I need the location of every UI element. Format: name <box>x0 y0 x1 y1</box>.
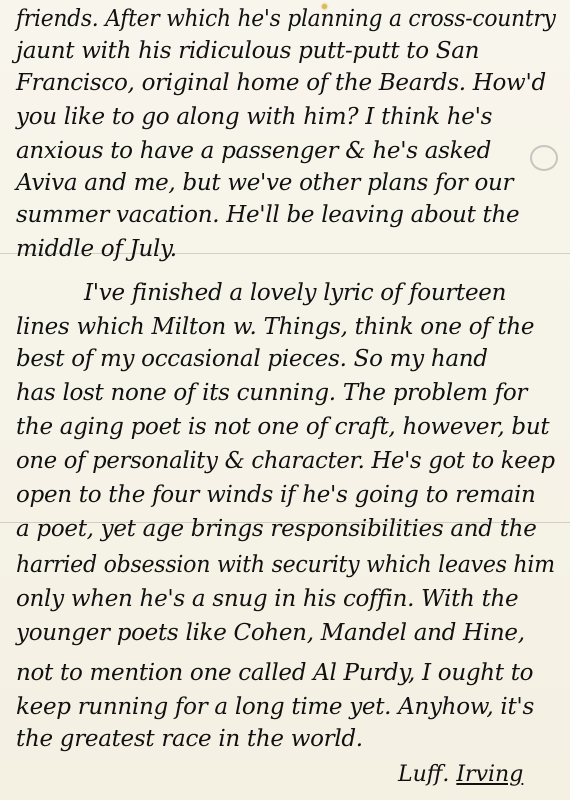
letter-line: the greatest race in the world. <box>16 726 363 752</box>
letter-line: best of my occasional pieces. So my hand <box>16 346 488 372</box>
letter-line: keep running for a long time yet. Anyhow… <box>16 694 534 720</box>
letter-line: friends. After which he's planning a cro… <box>16 6 556 32</box>
letter-line: anxious to have a passenger & he's asked <box>16 138 491 164</box>
letter-line: you like to go along with him? I think h… <box>16 104 492 130</box>
signature: Irving <box>456 762 523 787</box>
letter-line: harried obsession with security which le… <box>16 552 555 578</box>
letter-line: open to the four winds if he's going to … <box>16 482 536 508</box>
letter-line: summer vacation. He'll be leaving about … <box>16 202 519 228</box>
letter-line: the aging poet is not one of craft, howe… <box>16 414 549 440</box>
letter-line: only when he's a snug in his coffin. Wit… <box>16 586 518 612</box>
letter-line: Francisco, original home of the Beards. … <box>16 70 546 96</box>
letter-line: I've finished a lovely lyric of fourteen <box>84 280 506 306</box>
letter-line: middle of July. <box>16 236 177 262</box>
signoff: Luff. Irving <box>398 762 523 787</box>
letter-line: jaunt with his ridiculous putt-putt to S… <box>16 38 479 64</box>
letter-line: lines which Milton w. Things, think one … <box>16 314 534 340</box>
letter-line: one of personality & character. He's got… <box>16 448 555 474</box>
circled-margin-mark-icon <box>530 145 558 171</box>
closing: Luff. <box>398 762 449 787</box>
letter-line: has lost none of its cunning. The proble… <box>16 380 527 406</box>
letter-line: younger poets like Cohen, Mandel and Hin… <box>16 620 525 646</box>
letter-page: friends. After which he's planning a cro… <box>0 0 570 800</box>
letter-line: Aviva and me, but we've other plans for … <box>16 170 513 196</box>
letter-line: a poet, yet age brings responsibilities … <box>16 516 537 542</box>
letter-line: not to mention one called Al Purdy, I ou… <box>16 660 533 686</box>
